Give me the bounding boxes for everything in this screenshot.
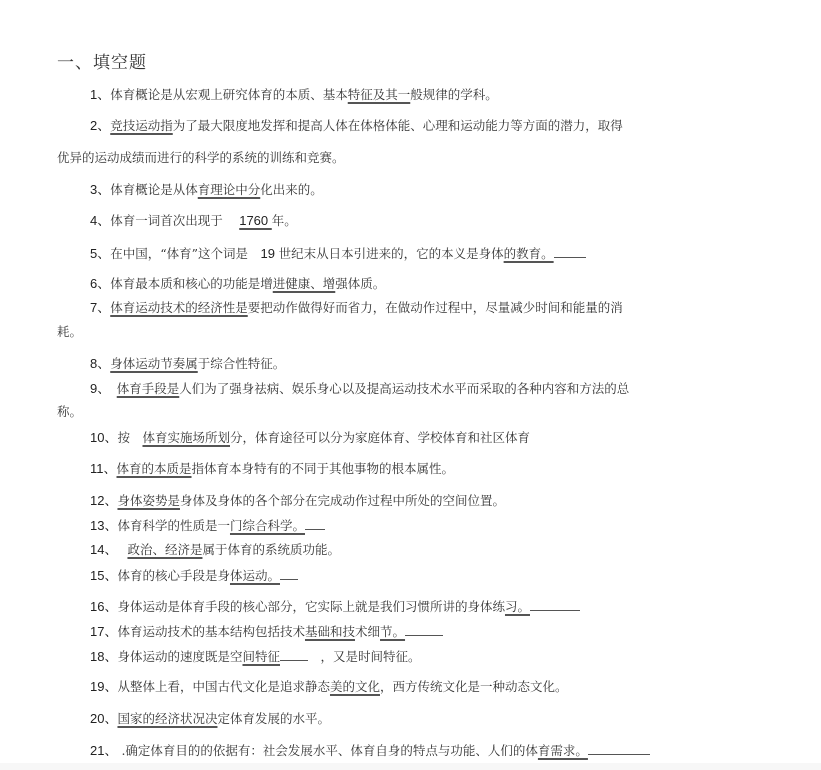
question-text: 定体育发展的水平。 (217, 711, 330, 726)
answer-text: 体育手段是 (117, 381, 180, 396)
question-number: 17、 (90, 624, 117, 639)
answer-text: 竞技运动指 (110, 118, 173, 133)
question-number: 11、 (90, 461, 117, 476)
question-text: 体育概论是从体 (110, 182, 198, 197)
question-text: 体育科学的性质是一 (117, 518, 230, 533)
question-number: 8、 (90, 356, 110, 371)
question-text: 称。 (57, 404, 82, 419)
question-number: 19 (261, 246, 279, 261)
answer-blank (405, 623, 443, 636)
question-line: 8、身体运动节奏属于综合性特征。 (90, 356, 285, 372)
answer-text: 美的文化 (330, 679, 380, 694)
question-line: 17、体育运动技术的基本结构包括技术基础和技术细节。 (90, 623, 443, 640)
question-number: 6、 (90, 276, 110, 291)
question-text: ，西方传统文化是一种动态文化。 (380, 679, 568, 694)
answer-blank (305, 517, 325, 530)
question-line: 7、体育运动技术的经济性是要把动作做得好而省力，在做动作过程中，尽量减少时间和能… (90, 300, 623, 316)
question-text: 体育的核心手段是身 (117, 568, 230, 583)
question-text: 属于体育的系统质功能。 (202, 542, 340, 557)
answer-blank (588, 742, 650, 755)
question-number: 19、 (90, 679, 117, 694)
answer-blank (530, 598, 580, 611)
question-number: 13、 (90, 518, 117, 533)
question-line: 耗。 (57, 324, 82, 340)
question-line: 12、身体姿势是身体及身体的各个部分在完成动作过程中所处的空间位置。 (90, 493, 505, 509)
section-title: 一、填空题 (57, 48, 147, 73)
question-text: 身体运动的速度既是空 (117, 649, 242, 664)
question-text: 指体育本身特有的不同于其他事物的根本属性。 (192, 461, 455, 476)
question-line: 20、国家的经济状况决定体育发展的水平。 (90, 711, 330, 727)
question-number: 14、 (90, 542, 111, 557)
question-text (111, 542, 127, 557)
question-line: 5、在中国，“体育”这个词是 19 世纪末从日本引进来的，它的本义是身体的教育。 (90, 245, 586, 262)
question-number: 15、 (90, 568, 117, 583)
question-text: 要把动作做得好而省力，在做动作过程中，尽量减少时间和能量的消 (248, 300, 623, 315)
question-number: 10、 (90, 430, 117, 445)
question-text: 强体质。 (335, 276, 385, 291)
page-bottom-edge (0, 763, 821, 770)
question-text: 耗。 (57, 324, 82, 339)
question-text: 在中国，“体育”这个词是 (110, 246, 260, 261)
question-text: 优异的运动成绩而进行的科学的系统的训练和竞赛。 (57, 150, 345, 165)
document-page: 一、填空题 1、体育概论是从宏观上研究体育的本质、基本特征及其一般规律的学科。2… (0, 0, 821, 770)
answer-text: 政治、经济是 (127, 542, 202, 557)
answer-text: 门综合科学。 (230, 518, 305, 533)
question-line: 1、体育概论是从宏观上研究体育的本质、基本特征及其一般规律的学科。 (90, 87, 498, 103)
answer-text: 国家的经济状况决 (117, 711, 217, 726)
answer-text: 身体姿势是 (117, 493, 180, 508)
answer-text: 身体运动节奏属 (110, 356, 198, 371)
answer-text: 体育运动技术的经济性是 (110, 300, 248, 315)
question-text: 世纪末从日本引进来的，它的本义是身体 (279, 246, 504, 261)
answer-text: 育需求。 (538, 743, 588, 758)
question-text: 人们为了强身祛病、娱乐身心以及提高运动技术水平而采取的各种内容和方法的总 (179, 381, 629, 396)
answer-text: 的教育。 (504, 246, 554, 261)
question-text: 术细 (355, 624, 380, 639)
answer-text: 进健康、增 (273, 276, 336, 291)
question-text: 化出来的。 (260, 182, 323, 197)
answer-text: 体育实施场所划 (142, 430, 230, 445)
question-number: 5、 (90, 246, 110, 261)
question-number: 12、 (90, 493, 117, 508)
answer-text: 体运动。 (230, 568, 280, 583)
question-line: 称。 (57, 404, 82, 420)
answer-text: 间特征 (242, 649, 280, 664)
question-text: ，又是时间特征。 (308, 649, 421, 664)
question-text: 身体运动是体育手段的核心部分，它实际上就是我们习惯所讲的身体练 (117, 599, 505, 614)
question-line: 19、从整体上看，中国古代文化是追求静态美的文化，西方传统文化是一种动态文化。 (90, 679, 568, 695)
answer-text: 节。 (380, 624, 405, 639)
question-line: 6、体育最本质和核心的功能是增进健康、增强体质。 (90, 276, 385, 292)
answer-text: 体育的本质是 (117, 461, 192, 476)
question-line: 3、体育概论是从体育理论中分化出来的。 (90, 182, 323, 198)
answer-blank (280, 648, 308, 661)
question-line: 21、 .确定体育目的的依据有：社会发展水平、体育自身的特点与功能、人们的体育需… (90, 742, 650, 759)
answer-text: 基础和技 (305, 624, 355, 639)
question-text: 按 (117, 430, 142, 445)
question-number: 7、 (90, 300, 110, 315)
answer-blank (554, 245, 586, 258)
answer-text: 育理论中分 (198, 182, 261, 197)
question-line: 11、体育的本质是指体育本身特有的不同于其他事物的根本属性。 (90, 461, 454, 477)
question-text: 从整体上看，中国古代文化是追求静态 (117, 679, 330, 694)
question-line: 13、体育科学的性质是一门综合科学。 (90, 517, 325, 534)
question-number: 18、 (90, 649, 117, 664)
question-number: 3、 (90, 182, 110, 197)
question-number: 9、 (90, 381, 117, 396)
answer-text: 习。 (505, 599, 530, 614)
question-line: 9、 体育手段是人们为了强身祛病、娱乐身心以及提高运动技术水平而采取的各种内容和… (90, 381, 629, 397)
question-number: 20、 (90, 711, 117, 726)
question-text: 分，体育途径可以分为家庭体育、学校体育和社区体育 (230, 430, 530, 445)
question-line: 10、按 体育实施场所划分，体育途径可以分为家庭体育、学校体育和社区体育 (90, 430, 530, 446)
question-text: 年。 (272, 213, 297, 228)
answer-text: 1760 (239, 213, 272, 228)
answer-blank (280, 567, 298, 580)
question-line: 优异的运动成绩而进行的科学的系统的训练和竞赛。 (57, 150, 345, 166)
question-line: 15、体育的核心手段是身体运动。 (90, 567, 298, 584)
question-line: 18、身体运动的速度既是空间特征 ，又是时间特征。 (90, 648, 421, 665)
question-line: 4、体育一词首次出现于 1760 年。 (90, 213, 297, 229)
question-number: 4、 (90, 213, 110, 228)
question-text: .确定体育目的的依据有：社会发展水平、体育自身的特点与功能、人们的体 (117, 743, 537, 758)
answer-text: 特征及其一 (348, 87, 411, 102)
question-text: 体育最本质和核心的功能是增 (110, 276, 273, 291)
question-number: 1、 (90, 87, 110, 102)
question-line: 2、竞技运动指为了最大限度地发挥和提高人体在体格体能、心理和运动能力等方面的潜力… (90, 118, 623, 134)
question-line: 14、 政治、经济是属于体育的系统质功能。 (90, 542, 340, 558)
question-line: 16、身体运动是体育手段的核心部分，它实际上就是我们习惯所讲的身体练习。 (90, 598, 580, 615)
question-text: 身体及身体的各个部分在完成动作过程中所处的空间位置。 (180, 493, 505, 508)
question-number: 2、 (90, 118, 110, 133)
question-text: 于综合性特征。 (198, 356, 286, 371)
question-text: 般规律的学科。 (410, 87, 498, 102)
question-text: 体育概论是从宏观上研究体育的本质、基本 (110, 87, 348, 102)
question-number: 21、 (90, 743, 117, 758)
question-text: 体育一词首次出现于 (110, 213, 239, 228)
question-number: 16、 (90, 599, 117, 614)
question-text: 为了最大限度地发挥和提高人体在体格体能、心理和运动能力等方面的潜力，取得 (173, 118, 623, 133)
question-text: 体育运动技术的基本结构包括技术 (117, 624, 305, 639)
